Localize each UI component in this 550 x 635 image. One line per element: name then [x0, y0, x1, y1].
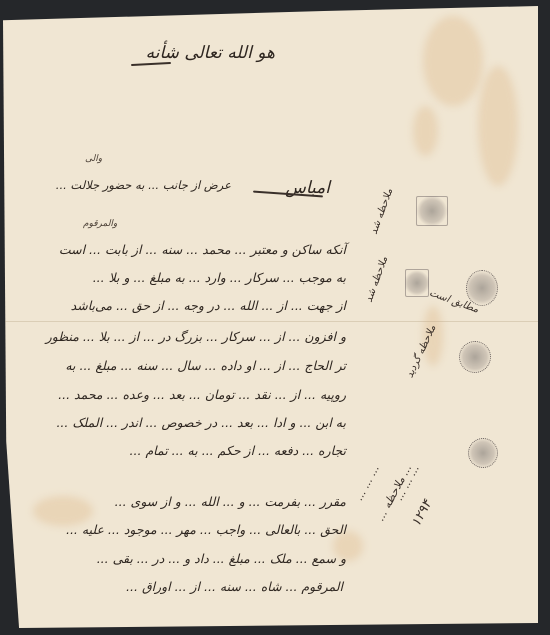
- body-line: تجاره ... دفعه ... از حکم ... به ... تما…: [81, 443, 346, 458]
- body-line: از جهت ... از ... الله ... در وجه ... از…: [81, 298, 346, 313]
- body-line: و افزون ... از ... سرکار ... بزرگ در ...…: [81, 329, 346, 344]
- round-seal: [459, 341, 491, 373]
- body-line: تر الحاج ... از ... او داده ... سال ... …: [81, 358, 346, 373]
- water-stain: [478, 66, 518, 186]
- fold-line: [3, 321, 538, 322]
- body-line: آنکه ساکن و معتبر ... محمد ... سنه ... ا…: [81, 242, 346, 257]
- margin-note-top: والی: [85, 154, 102, 164]
- body-line: المرقوم ... شاه ... سنه ... از ... اوراق…: [93, 579, 343, 594]
- annotation-date: ۱۲۹۴: [409, 498, 435, 530]
- water-stain: [413, 106, 438, 156]
- body-line: به ابن ... و ادا ... بعد ... در خصوص ...…: [81, 415, 346, 430]
- body-line: به موجب ... سرکار ... وارد ... به مبلغ .…: [81, 270, 346, 285]
- approval-note: ملاحظه شد: [364, 255, 391, 304]
- margin-note-second: والمرقوم: [83, 219, 117, 229]
- round-seal: [468, 438, 498, 468]
- address-line: عرض از جانب ... به حضور جلالت ...: [81, 178, 231, 192]
- round-seal: [466, 270, 498, 306]
- rectangular-stamp: [416, 196, 448, 226]
- manuscript-page: هو الله تعالی شأنه والی عرض از جانب ... …: [3, 6, 538, 628]
- body-line: روپیه ... از ... نقد ... تومان ... بعد .…: [81, 387, 346, 402]
- body-line: مقرر ... بفرمت ... و ... الله ... و از س…: [81, 494, 346, 509]
- body-line: و سمع ... ملک ... مبلغ ... داد و ... در …: [88, 551, 346, 566]
- annotation-line: ... ... ...: [352, 462, 382, 502]
- body-line: الحق ... بالعالی ... واجب ... مهر ... مو…: [81, 522, 346, 537]
- header-invocation: هو الله تعالی شأنه: [130, 43, 275, 63]
- approval-note: ملاحظه شد: [369, 187, 396, 236]
- square-stamp: [405, 269, 429, 297]
- water-stain: [423, 16, 483, 106]
